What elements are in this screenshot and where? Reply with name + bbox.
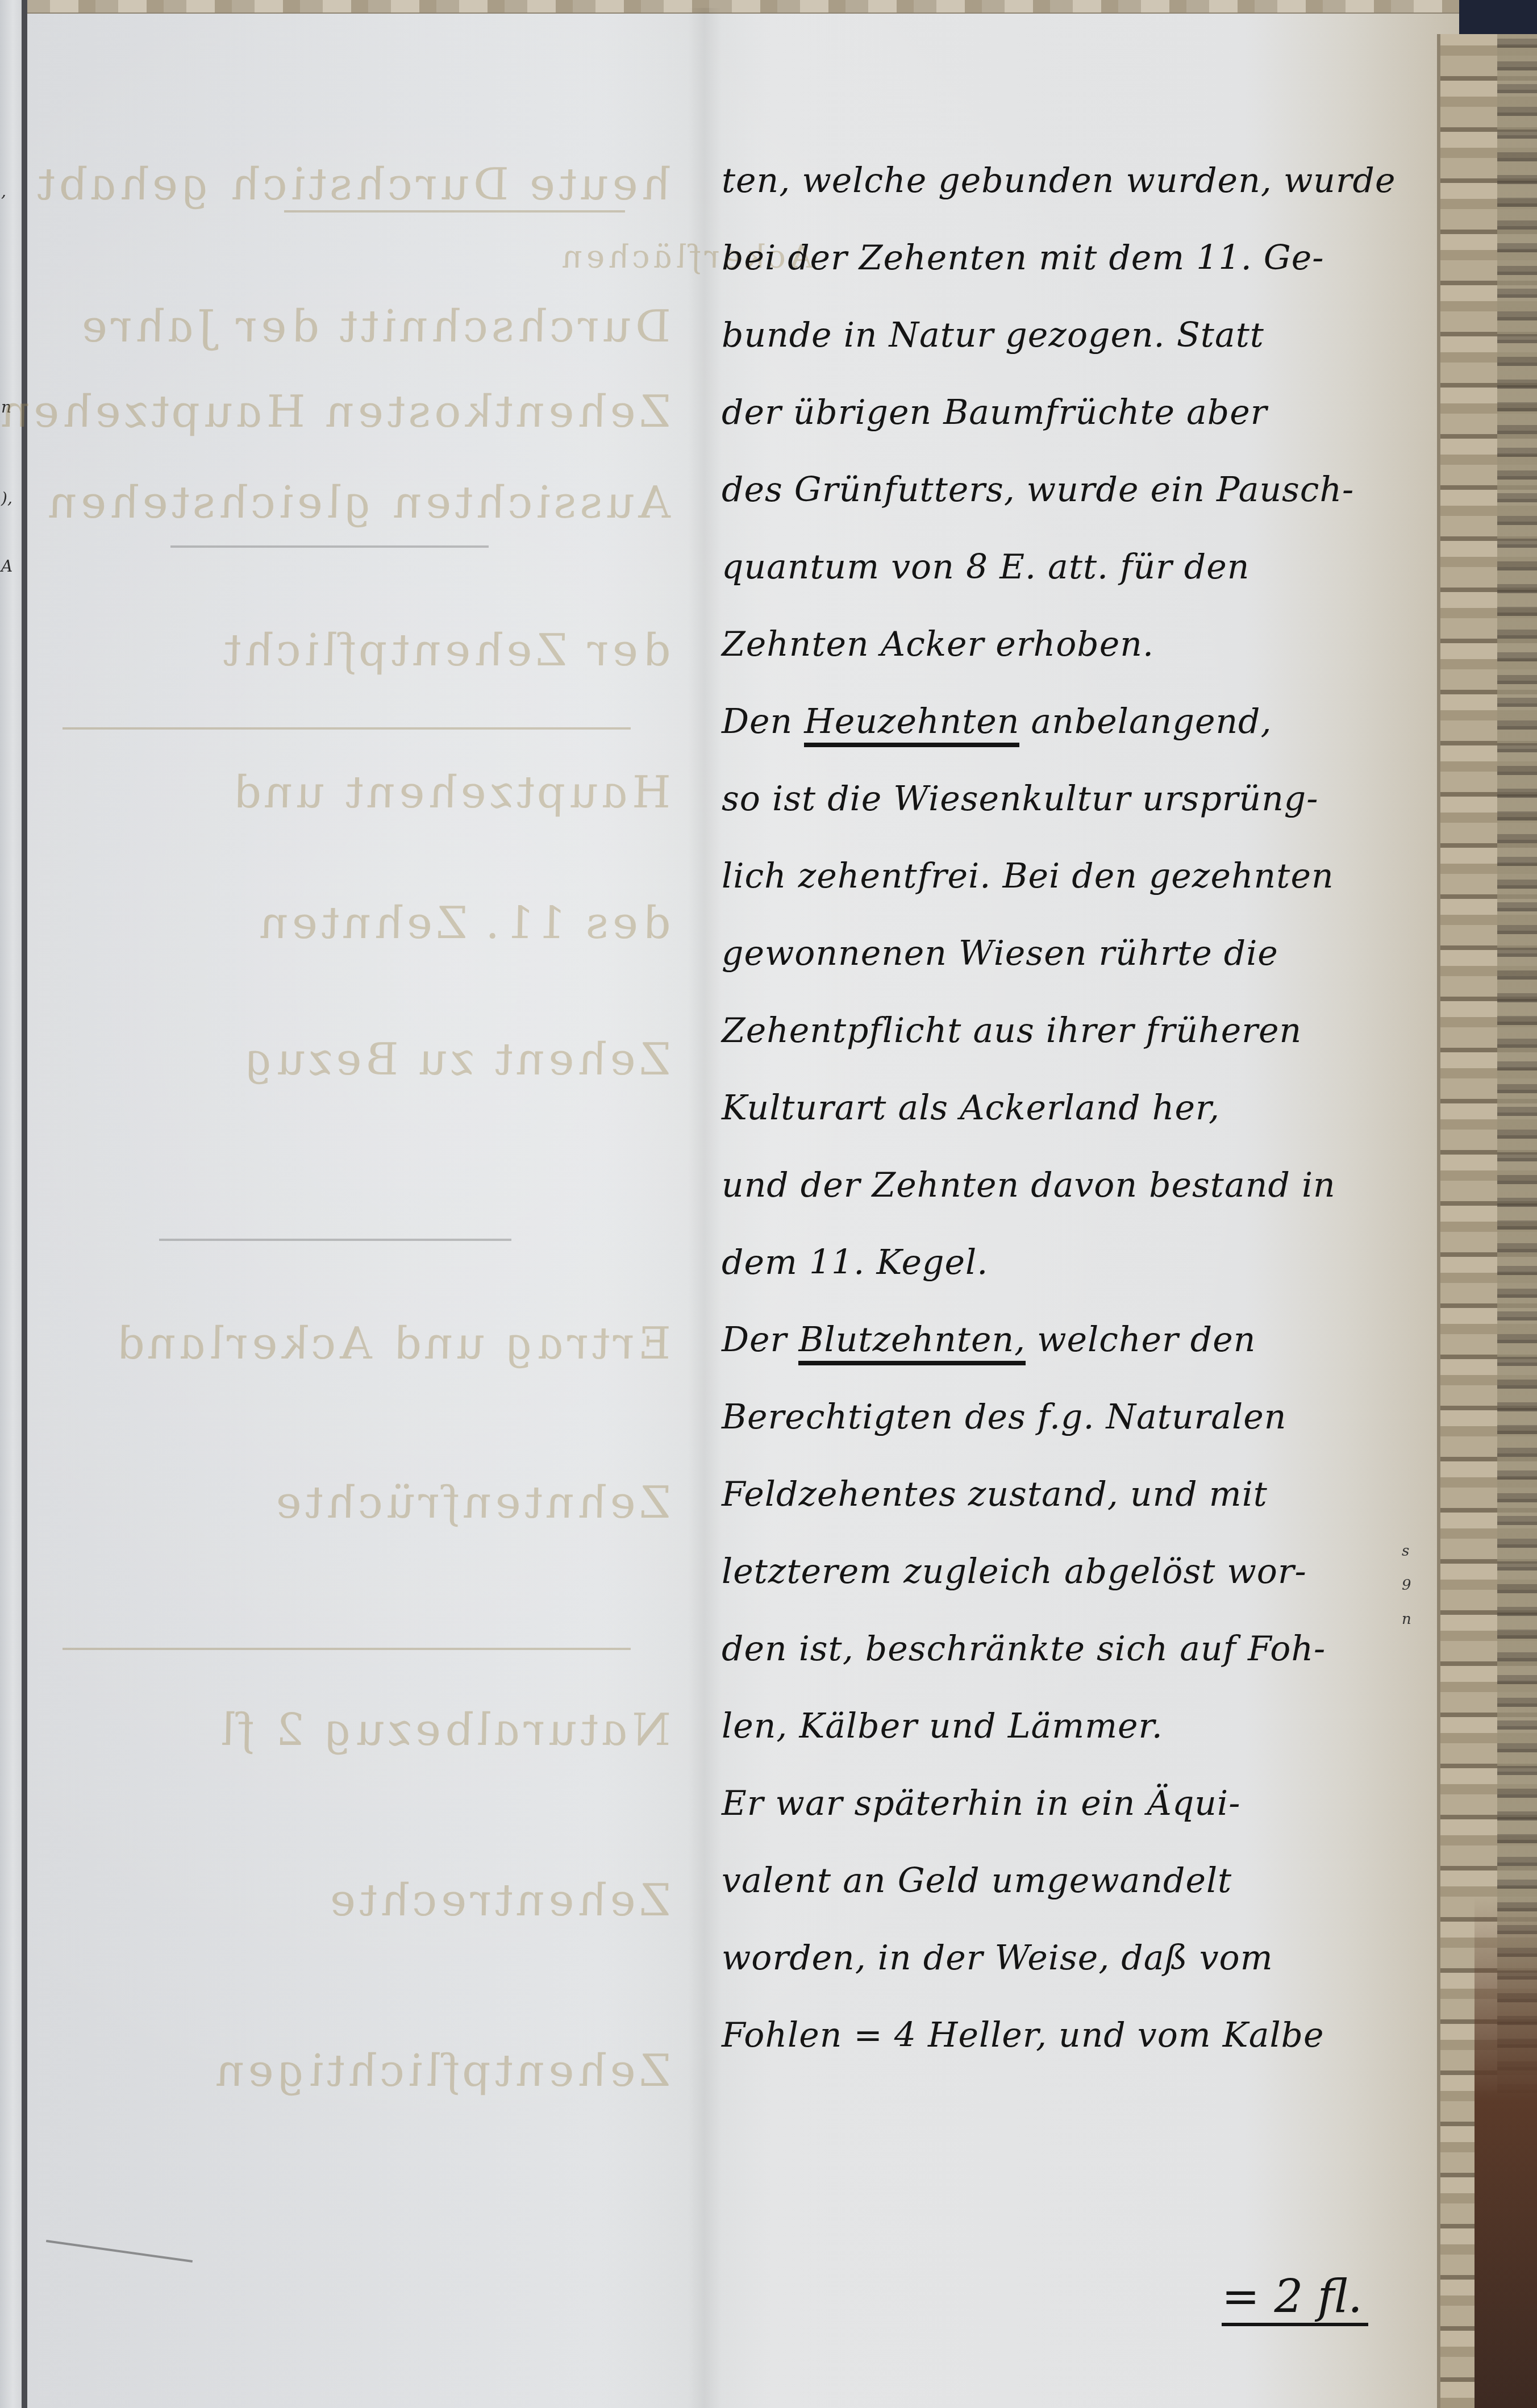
manuscript-scan: , n ), A heute Durchstich gehabt Ackerfl… — [0, 0, 1537, 2408]
bleed-through-line: der Zehentpflicht — [40, 625, 676, 676]
manuscript-text-block: ten, welche gebunden wurden, wurde bei d… — [722, 142, 1364, 2074]
text-line: Kulturart als Ackerland her, — [722, 1069, 1364, 1147]
torn-top-edge — [27, 0, 1459, 14]
text-fragment: Der — [722, 1320, 798, 1360]
leaf-edge-mark: , — [1, 182, 6, 201]
bleed-through-line: Zehent zu Bezug — [40, 1034, 676, 1085]
text-line: so ist die Wiesenkultur ursprüng- — [722, 760, 1364, 838]
text-line: bunde in Natur gezogen. Statt — [722, 297, 1364, 374]
bleed-through-line: Zehentkosten Hauptzehent — [40, 386, 676, 438]
margin-mark: n — [1402, 1602, 1419, 1636]
bleed-through-rule — [63, 1648, 631, 1650]
bleed-through-line: Ertrag und Ackerland — [40, 1318, 676, 1369]
underlined-term: Heuzehnten — [804, 702, 1019, 747]
leaf-edge-mark: A — [1, 557, 13, 576]
bleed-through-line: heute Durchstich gehabt — [40, 159, 676, 210]
bleed-through-line: Durchschnitt der Jahre — [40, 301, 676, 352]
text-line: quantum von 8 E. att. für den — [722, 528, 1364, 606]
margin-mark: s — [1402, 1534, 1419, 1568]
section-heading-line: Der Blutzehnten, welcher den — [722, 1301, 1364, 1378]
bleed-through-line: Zehntenfrüchte — [40, 1477, 676, 1528]
text-line: bei der Zehenten mit dem 11. Ge- — [722, 219, 1364, 297]
bleed-through-line: Aussichten gleichstehen — [40, 477, 676, 528]
text-line: und der Zehnten davon bestand in — [722, 1147, 1364, 1224]
text-fragment: anbelangend, — [1019, 702, 1272, 741]
text-line: Berechtigten des f.g. Naturalen — [722, 1378, 1364, 1456]
text-line: worden, in der Weise, daß vom — [722, 1919, 1364, 1997]
text-fragment: welcher den — [1026, 1320, 1256, 1360]
text-line: gewonnenen Wiesen rührte die — [722, 915, 1364, 992]
bleed-through-rule — [159, 1239, 511, 1241]
bleed-through-rule — [284, 210, 625, 213]
bleed-through-rule — [63, 727, 631, 730]
text-line: Zehnten Acker erhoben. — [722, 606, 1364, 683]
bleed-through-line: Hauptzehent und — [40, 767, 676, 818]
text-line: letzterem zugleich abgelöst wor- — [722, 1533, 1364, 1610]
text-line: ten, welche gebunden wurden, wurde — [722, 142, 1364, 219]
text-line: den ist, beschränkte sich auf Foh- — [722, 1610, 1364, 1688]
previous-leaf-edge: , n ), A — [0, 0, 22, 2408]
bleed-through-line: Zehentrechte — [40, 1875, 676, 1926]
text-line: des Grünfutters, wurde ein Pausch- — [722, 451, 1364, 528]
text-fragment: Den — [722, 702, 804, 741]
text-line: Er war späterhin in ein Äqui- — [722, 1765, 1364, 1842]
leaf-edge-mark: ), — [1, 489, 13, 507]
text-line: Zehentpflicht aus ihrer früheren — [722, 992, 1364, 1069]
margin-marks: s 9 n — [1402, 1534, 1419, 1636]
text-line: dem 11. Kegel. — [722, 1224, 1364, 1301]
text-line: der übrigen Baumfrüchte aber — [722, 374, 1364, 451]
bleed-through-rule — [46, 2240, 193, 2263]
verso-bleed-through: heute Durchstich gehabt Ackerflächen Dur… — [45, 114, 682, 2330]
leather-cover-corner — [1474, 1897, 1537, 2408]
text-line: Fohlen = 4 Heller, und vom Kalbe — [722, 1997, 1364, 2074]
section-heading-line: Den Heuzehnten anbelangend, — [722, 683, 1364, 760]
closing-amount: = 2 fl. — [1222, 2270, 1368, 2326]
margin-mark: 9 — [1402, 1568, 1419, 1602]
leaf-border-line — [22, 0, 27, 2408]
bleed-through-line: des 11. Zehnten — [40, 898, 676, 949]
text-line: lich zehentfrei. Bei den gezehnten — [722, 838, 1364, 915]
bleed-through-line: Naturalbezug 2 fl — [40, 1705, 676, 1756]
bleed-through-line: Zehentpflichtigen — [40, 2045, 676, 2097]
page-fold — [688, 8, 722, 2408]
text-line: valent an Geld umgewandelt — [722, 1842, 1364, 1919]
bleed-through-rule — [170, 545, 489, 548]
text-line: Feldzehentes zustand, und mit — [722, 1456, 1364, 1533]
underlined-term: Blutzehnten, — [798, 1320, 1026, 1365]
text-line: len, Kälber und Lämmer. — [722, 1688, 1364, 1765]
